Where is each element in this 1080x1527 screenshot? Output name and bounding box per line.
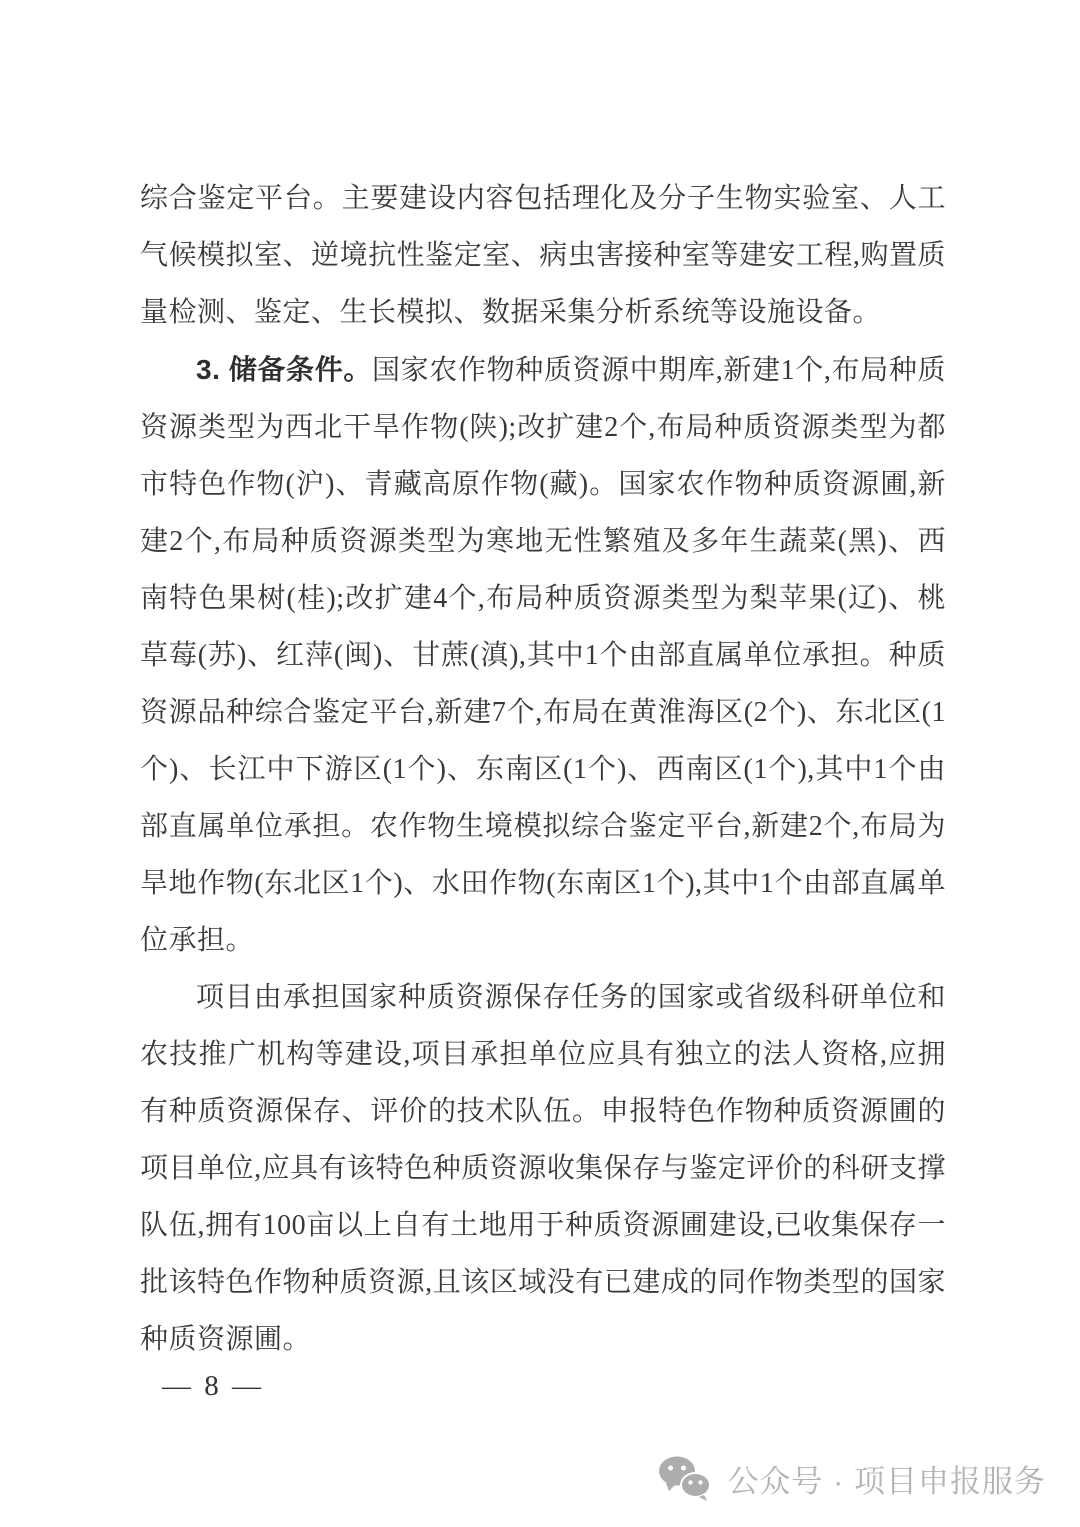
paragraph-continuation: 综合鉴定平台。主要建设内容包括理化及分子生物实验室、人工气候模拟室、逆境抗性鉴定… <box>140 170 946 341</box>
paragraph-requirements: 项目由承担国家种质资源保存任务的国家或省级科研单位和农技推广机构等建设,项目承担… <box>140 969 946 1368</box>
wechat-icon <box>657 1454 713 1502</box>
paragraph-text: 项目由承担国家种质资源保存任务的国家或省级科研单位和农技推广机构等建设,项目承担… <box>140 982 946 1355</box>
page-number: — 8 — <box>162 1364 264 1408</box>
paragraph-text: 国家农作物种质资源中期库,新建1个,布局种质资源类型为西北干旱作物(陕);改扩建… <box>140 355 946 956</box>
watermark-text: 公众号 · 项目申报服务 <box>727 1456 1046 1501</box>
paragraph-section-3: 3. 储备条件。国家农作物种质资源中期库,新建1个,布局种质资源类型为西北干旱作… <box>140 341 946 969</box>
document-body: 综合鉴定平台。主要建设内容包括理化及分子生物实验室、人工气候模拟室、逆境抗性鉴定… <box>140 170 946 1368</box>
document-page: 综合鉴定平台。主要建设内容包括理化及分子生物实验室、人工气候模拟室、逆境抗性鉴定… <box>0 0 1080 1527</box>
section-heading: 3. 储备条件。 <box>196 354 372 385</box>
paragraph-text: 综合鉴定平台。主要建设内容包括理化及分子生物实验室、人工气候模拟室、逆境抗性鉴定… <box>140 183 946 328</box>
watermark: 公众号 · 项目申报服务 <box>657 1454 1046 1502</box>
